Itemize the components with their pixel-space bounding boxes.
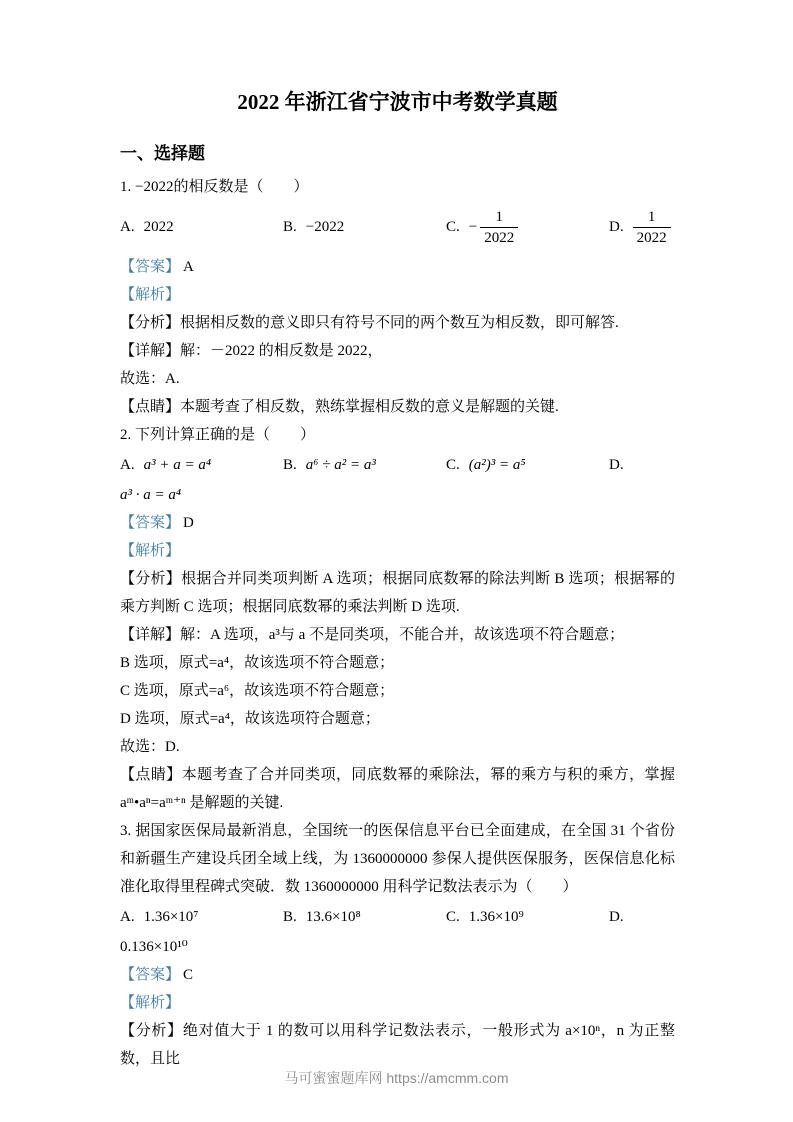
- q1-analysis-line: 【分析】根据相反数的意义即只有符号不同的两个数互为相反数，即可解答.: [120, 309, 675, 337]
- q1-option-a-value: 2022: [144, 213, 174, 241]
- q2-answer-label: 【答案】: [120, 515, 180, 531]
- page-title: 2022 年浙江省宁波市中考数学真题: [120, 86, 675, 118]
- q2-stem: 2. 下列计算正确的是（ ）: [120, 421, 675, 449]
- q1-answer-label: 【答案】: [120, 259, 180, 275]
- q2-option-a: A. a³ + a = a⁴: [120, 451, 283, 479]
- q1-detail-line: 【详解】解：－2022 的相反数是 2022，: [120, 337, 675, 365]
- q1-option-b-value: −2022: [306, 213, 344, 241]
- q1-option-d: D. 1 2022: [609, 208, 671, 247]
- q3-answer-label: 【答案】: [120, 967, 180, 983]
- q3-option-a: A. 1.36×10⁷: [120, 903, 283, 931]
- q2-answer-line: 【答案】D: [120, 509, 675, 537]
- q1-option-b: B. −2022: [283, 213, 446, 241]
- q3-option-c-label: C.: [446, 903, 460, 931]
- q3-analysis-line: 【分析】绝对值大于 1 的数可以用科学记数法表示，一般形式为 a×10ⁿ，n 为…: [120, 1017, 675, 1073]
- q1-option-c: C. − 1 2022: [446, 208, 609, 247]
- q2-detail-line-d: D 选项，原式=a⁴，故该选项符合题意；: [120, 705, 675, 733]
- q2-option-c-value: (a²)³ = a⁵: [469, 451, 526, 479]
- q1-option-d-denominator: 2022: [633, 228, 671, 247]
- q3-option-c-value: 1.36×10⁹: [469, 903, 524, 931]
- q1-remark-line: 【点睛】本题考查了相反数，熟练掌握相反数的意义是解题的关键.: [120, 393, 675, 421]
- q1-option-c-label: C.: [446, 213, 460, 241]
- site-watermark: 马可蜜蜜题库网 https://amcmm.com: [0, 1068, 793, 1088]
- q1-answer-line: 【答案】A: [120, 253, 675, 281]
- q1-conclusion-line: 故选：A.: [120, 365, 675, 393]
- q2-option-a-label: A.: [120, 451, 135, 479]
- exam-document-page: 2022 年浙江省宁波市中考数学真题 一、选择题 1. −2022的相反数是（ …: [0, 0, 793, 1122]
- q2-detail-line: 【详解】解：A 选项，a³与 a 不是同类项，不能合并，故该选项不符合题意；: [120, 621, 675, 649]
- q1-stem: 1. −2022的相反数是（ ）: [120, 173, 675, 201]
- q3-option-d-value: 0.136×10¹⁰: [120, 933, 675, 961]
- q1-option-c-sign: −: [469, 213, 477, 241]
- q2-option-d: D.: [609, 451, 633, 479]
- q1-option-a: A. 2022: [120, 213, 283, 241]
- q1-option-a-label: A.: [120, 213, 135, 241]
- q2-remark-line: 【点睛】本题考查了合并同类项，同底数幂的乘除法，幂的乘方与积的乘方，掌握 aᵐ•…: [120, 761, 675, 817]
- q3-options-row: A. 1.36×10⁷ B. 13.6×10⁸ C. 1.36×10⁹ D.: [120, 901, 675, 933]
- q2-conclusion-line: 故选：D.: [120, 733, 675, 761]
- q3-option-a-label: A.: [120, 903, 135, 931]
- q2-option-c: C. (a²)³ = a⁵: [446, 451, 609, 479]
- q3-stem: 3. 据国家医保局最新消息，全国统一的医保信息平台已全面建成，在全国 31 个省…: [120, 817, 675, 901]
- q2-option-b-value: a⁶ ÷ a² = a³: [306, 451, 376, 479]
- q1-jiexi-label: 【解析】: [120, 281, 675, 309]
- q3-answer-line: 【答案】C: [120, 961, 675, 989]
- q2-detail-line-b: B 选项，原式=a⁴，故该选项不符合题意；: [120, 649, 675, 677]
- q1-option-d-fraction: 1 2022: [633, 208, 671, 247]
- q2-options-row: A. a³ + a = a⁴ B. a⁶ ÷ a² = a³ C. (a²)³ …: [120, 449, 675, 481]
- q2-option-a-value: a³ + a = a⁴: [144, 451, 211, 479]
- q1-option-d-numerator: 1: [633, 208, 671, 228]
- q1-answer-value: A: [183, 259, 194, 275]
- q3-option-d: D.: [609, 903, 633, 931]
- q1-option-c-denominator: 2022: [480, 228, 518, 247]
- section-heading-choice: 一、选择题: [120, 140, 675, 167]
- q1-options-row: A. 2022 B. −2022 C. − 1 2022 D. 1 2022: [120, 201, 675, 253]
- q2-jiexi-label: 【解析】: [120, 537, 675, 565]
- q2-option-d-label: D.: [609, 451, 624, 479]
- q3-option-a-value: 1.36×10⁷: [144, 903, 199, 931]
- q2-analysis-line: 【分析】根据合并同类项判断 A 选项；根据同底数幂的除法判断 B 选项；根据幂的…: [120, 565, 675, 621]
- q1-option-c-numerator: 1: [480, 208, 518, 228]
- q2-detail-line-c: C 选项，原式=a⁶，故该选项不符合题意；: [120, 677, 675, 705]
- q3-option-c: C. 1.36×10⁹: [446, 903, 609, 931]
- q1-option-d-label: D.: [609, 213, 624, 241]
- q3-option-b-label: B.: [283, 903, 297, 931]
- q3-jiexi-label: 【解析】: [120, 989, 675, 1017]
- q1-option-b-label: B.: [283, 213, 297, 241]
- q3-answer-value: C: [183, 967, 193, 983]
- q1-option-c-fraction: 1 2022: [480, 208, 518, 247]
- q2-option-c-label: C.: [446, 451, 460, 479]
- q3-option-b-value: 13.6×10⁸: [306, 903, 361, 931]
- document-content: 2022 年浙江省宁波市中考数学真题 一、选择题 1. −2022的相反数是（ …: [120, 0, 675, 1073]
- q3-option-d-label: D.: [609, 903, 624, 931]
- q2-option-b-label: B.: [283, 451, 297, 479]
- q2-answer-value: D: [183, 515, 194, 531]
- q3-option-b: B. 13.6×10⁸: [283, 903, 446, 931]
- q2-option-b: B. a⁶ ÷ a² = a³: [283, 451, 446, 479]
- q2-option-d-value: a³ · a = a⁴: [120, 481, 675, 509]
